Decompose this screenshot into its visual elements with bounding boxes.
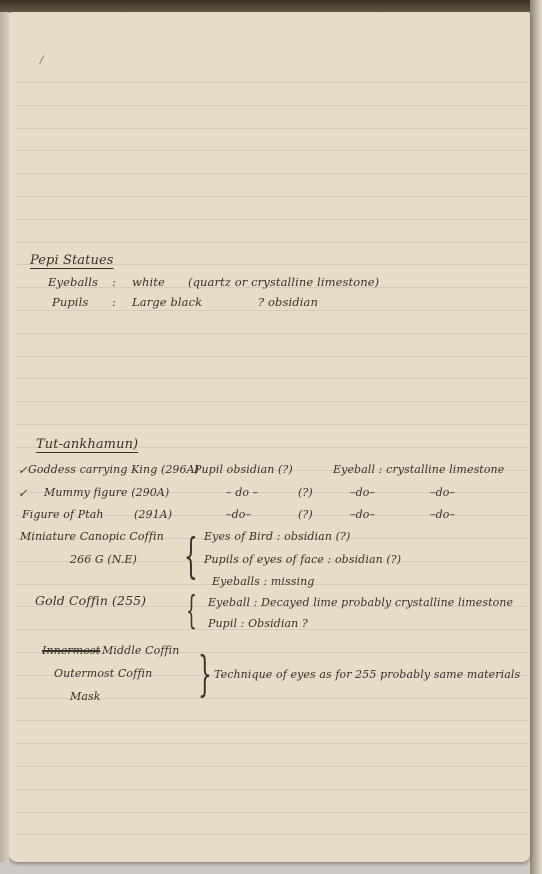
ruled-line [16,105,528,106]
brace-icon: { [184,528,198,584]
ruled-line [16,219,528,220]
ruled-line [16,82,528,83]
ruled-line [16,812,528,813]
ruled-line [16,401,528,402]
figure-q: (?) [298,508,313,521]
figure-eyeball-ditto: –do– [430,486,455,499]
eyeballs-label: Eyeballs [48,275,98,289]
page-mark: / [40,55,43,66]
group-item: Outermost Coffin [54,667,152,680]
ruled-line [16,743,528,744]
pupils-note: ? obsidian [258,295,318,309]
ruled-line [16,356,528,357]
ruled-line [16,150,528,151]
figure-name: Mummy figure (290A) [44,486,169,499]
brace-icon: { [186,588,197,632]
canopic-item: Eyeballs : missing [212,575,314,588]
ruled-line [16,310,528,311]
eyeballs-value: white [132,275,165,289]
section-title-pepi: Pepi Statues [30,253,114,268]
ruled-line [16,173,528,174]
eyeballs-note: (quartz or crystalline limestone) [188,275,379,289]
ruled-line [16,378,528,379]
canopic-item: Pupils of eyes of face : obsidian (?) [204,553,401,566]
canopic-name: Miniature Canopic Coffin [20,530,164,543]
check-mark: ✓ [18,463,28,477]
closing-brace-icon: } [198,646,212,702]
figure-eyeball: –do– [350,486,375,499]
ruled-line [16,333,528,334]
pupils-sep: : [112,295,116,309]
group-note: Technique of eyes as for 255 probably sa… [214,668,520,681]
ruled-line [16,766,528,767]
figure-q: (?) [278,463,293,476]
ruled-line [16,424,528,425]
group-item: Mask [70,690,101,703]
ruled-line [16,834,528,835]
ruled-line [16,242,528,243]
figure-pupil: –do– [226,508,251,521]
figure-q: (?) [298,486,313,499]
ruled-line [16,720,528,721]
figure-ref: (291A) [134,508,172,521]
pupils-label: Pupils [52,295,88,309]
figure-eyeball: Eyeball : crystalline limestone [333,463,504,476]
ruled-line [16,128,528,129]
figure-name: Goddess carrying King (296A) [28,463,199,476]
page-left-edge [0,12,9,862]
canopic-item: Eyes of Bird : obsidian (?) [204,530,350,543]
section-title-tut: Tut-ankhamun) [36,437,138,452]
gold-coffin-item: Pupil : Obsidian ? [208,617,308,630]
check-mark: ✓ [18,486,28,500]
figure-eyeball-ditto: –do– [430,508,455,521]
group-item: Middle Coffin [102,644,179,657]
ruled-line [16,789,528,790]
pupils-value: Large black [132,295,202,309]
ruled-line [16,196,528,197]
gold-coffin-name: Gold Coffin (255) [35,593,146,608]
figure-pupil: – do – [226,486,258,499]
canopic-ref: 266 G (N.E) [70,553,137,566]
figure-pupil: Pupil obsidian [194,463,275,476]
gold-coffin-item: Eyeball : Decayed lime probably crystall… [208,596,513,609]
struck-word: Innermost [42,644,100,657]
figure-name: Figure of Ptah [22,508,104,521]
eyeballs-sep: : [112,275,116,289]
figure-eyeball: –do– [350,508,375,521]
book-gutter-edge [530,0,542,874]
